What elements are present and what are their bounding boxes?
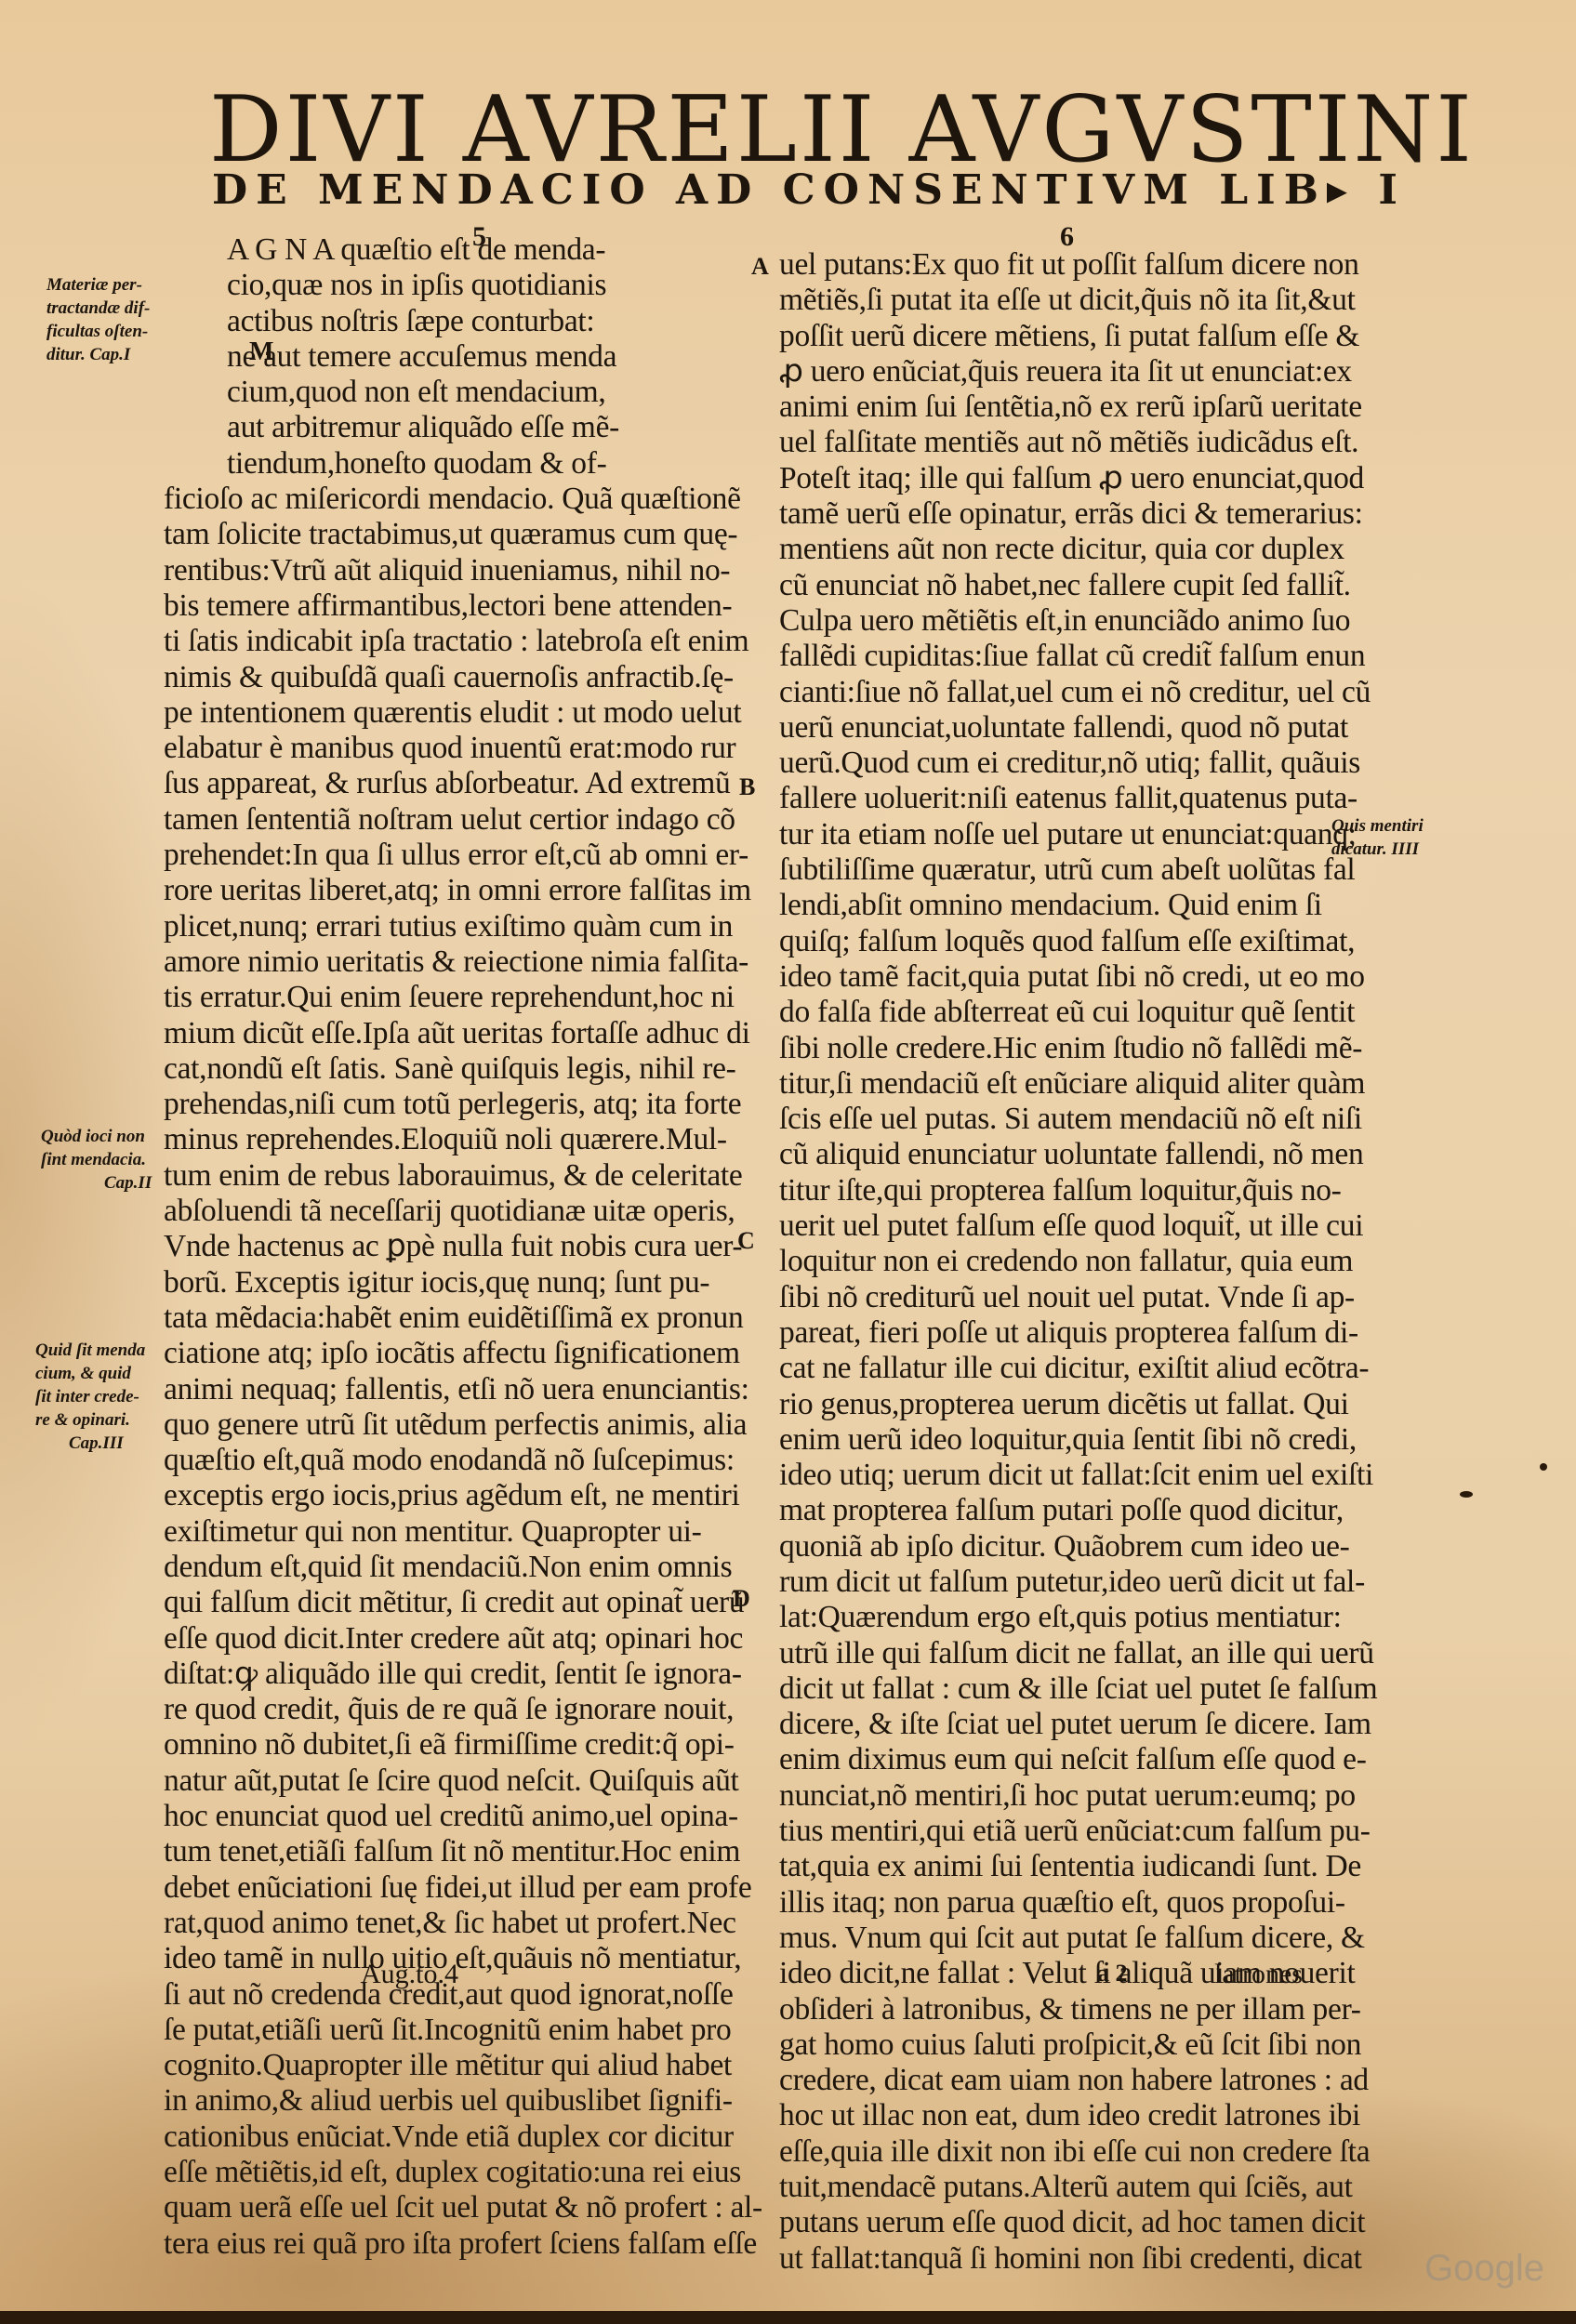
text-line: mus. Vnum qui ſcit aut putat ſe falſum d… — [779, 1921, 1318, 1956]
text-line: aut arbitremur aliquãdo eſſe mẽ- — [164, 410, 722, 445]
text-line: elabatur è manibus quod inuentũ erat:mod… — [164, 731, 722, 766]
text-line: tat,quia ex animi ſui ſententia iudicand… — [779, 1849, 1318, 1884]
text-line: rore ueritas liberet,atq; in omni errore… — [164, 873, 722, 908]
text-line: amore nimio ueritatis & reiectione nimia… — [164, 944, 722, 980]
text-line: tata mẽdacia:habẽt enim euidẽtiſſimã ex … — [164, 1301, 722, 1336]
text-line: debet enũciationi ſuę fidei,ut illud per… — [164, 1870, 722, 1906]
text-line: nimis & quibuſdã quaſi cauernoſis anfrac… — [164, 660, 722, 695]
text-line: nunciat,nõ mentiri,ſi hoc putat uerum:eu… — [779, 1778, 1318, 1814]
text-line: rum dicit ut falſum putetur,ideo uerũ di… — [779, 1565, 1318, 1600]
text-line: bis temere affirmantibus,lectori bene at… — [164, 588, 722, 624]
text-line: uel putans:Ex quo fit ut poſſit falſum d… — [779, 247, 1318, 283]
text-line: exiſtimetur qui non mentitur. Quapropter… — [164, 1514, 722, 1550]
text-line: plicet,nunq; errari tutius exiſtimo quàm… — [164, 909, 722, 944]
text-line: tum tenet,etiãſi falſum ſit nõ mentitur.… — [164, 1834, 722, 1869]
text-line: lendi,abſit omnino mendacium. Quid enim … — [779, 888, 1318, 923]
text-line: loquitur non ei credendo non fallatur, q… — [779, 1244, 1318, 1279]
text-line: tis erratur.Qui enim ſeuere reprehendunt… — [164, 980, 722, 1015]
marginal-note-line: ditur. Cap.I — [46, 343, 150, 366]
text-line: omnino nõ dubitet,ſi eã firmiſſime credi… — [164, 1727, 722, 1763]
marginal-note-cap-1: Materiæ per- tractandæ dif- ficultas oſt… — [46, 273, 150, 366]
page-edge — [0, 2311, 1576, 2324]
text-line: putans uerum eſſe quod dicit, ad hoc tam… — [779, 2205, 1318, 2240]
marginal-note-cap-3: Quid ſit menda cium, & quid ſit inter cr… — [35, 1339, 145, 1455]
text-line: ne aut temere accuſemus menda — [164, 339, 722, 375]
text-line: fallẽdi cupiditas:ſiue fallat cũ credit̃… — [779, 639, 1318, 674]
catchword: latrones — [1214, 1959, 1303, 1990]
text-line: mentiens aũt non recte dicitur, quia cor… — [779, 532, 1318, 567]
text-line: cio,quæ nos in ipſis quotidianis — [164, 268, 722, 303]
text-line: utrũ ille qui falſum dicit ne fallat, an… — [779, 1636, 1318, 1671]
text-line: ſubtiliſſime quæratur, utrũ cum abeſt uo… — [779, 852, 1318, 888]
text-line: ut fallat:tanquã ſi homini non ſibi cred… — [779, 2241, 1318, 2277]
text-line: pareat, fieri poſſe ut aliquis propterea… — [779, 1315, 1318, 1351]
marginal-note-line: ſint mendacia. — [41, 1148, 152, 1171]
text-line: ciatione atq; ipſo iocãtis affectu ſigni… — [164, 1336, 722, 1371]
text-line: quo genere utrũ ſit utẽdum perfectis ani… — [164, 1407, 722, 1443]
text-line: tum enim de rebus laborauimus, & de cele… — [164, 1158, 722, 1194]
left-text-column: A G N A quæſtio eſt de menda-cio,quæ nos… — [164, 232, 722, 2262]
text-line: mat propterea falſum putari poſſe quod d… — [779, 1493, 1318, 1528]
text-line: ſe putat,etiãſi uerũ ſit.Incognitũ enim … — [164, 2013, 722, 2048]
text-line: actibus noſtris ſæpe conturbat: — [164, 304, 722, 339]
text-line: dicere, & iſte ſciat uel putet uerum ſe … — [779, 1707, 1318, 1742]
text-line: Culpa uero mẽtiẽtis eſt,in enunciãdo ani… — [779, 603, 1318, 639]
text-line: mẽtiẽs,ſi putat ita eſſe ut dicit,q̃uis … — [779, 283, 1318, 318]
text-line: ideo tamẽ facit,quia putat ſibi nõ credi… — [779, 959, 1318, 995]
marginal-note-line: cium, & quid — [35, 1362, 145, 1385]
ink-spot — [1540, 1463, 1547, 1471]
marginal-note-line: tractandæ dif- — [46, 297, 150, 320]
text-line: fallere uoluerit:niſi eatenus fallit,qua… — [779, 781, 1318, 816]
section-letter-b: B — [739, 773, 755, 801]
text-line: Poteſt itaq; ille qui falſum ꝓ uero enun… — [779, 461, 1318, 496]
footer-reference: Aug.to.4 — [361, 1959, 458, 1990]
marginal-note-line: Quòd ioci non — [41, 1125, 152, 1148]
text-line: pe intentionem quærentis eludit : ut mod… — [164, 695, 722, 731]
text-line: hoc ut illac non eat, dum ideo credit la… — [779, 2098, 1318, 2133]
text-line: obſideri à latronibus, & timens ne per i… — [779, 1992, 1318, 2027]
running-subtitle: DE MENDACIO AD CONSENTIVM LIB▸ I — [212, 167, 1346, 214]
text-line: Vnde hactenus ac ꝑpè nulla fuit nobis cu… — [164, 1229, 722, 1264]
text-line: quoniã ab ipſo dicitur. Quãobrem cum ide… — [779, 1529, 1318, 1565]
text-line: quiſq; falſum loquẽs quod falſum eſſe ex… — [779, 924, 1318, 959]
text-line: prehendas,niſi cum totũ perlegeris, atq;… — [164, 1087, 722, 1122]
text-line: uerũ.Quod cum ei creditur,nõ utiq; falli… — [779, 746, 1318, 781]
text-line: uerũ enunciat,uoluntate fallendi, quod n… — [779, 710, 1318, 746]
text-line: eſſe,quia ille dixit non ibi eſſe cui no… — [779, 2134, 1318, 2170]
text-line: credere, dicat eam uiam non habere latro… — [779, 2063, 1318, 2098]
text-line: cationibus enũciat.Vnde etiã duplex cor … — [164, 2119, 722, 2155]
text-line: enim uerũ ideo loquitur,quia ſentit ſibi… — [779, 1422, 1318, 1458]
text-line: animi enim ſui ſentẽtia,nõ ex rerũ ipſar… — [779, 390, 1318, 425]
text-line: ſibi nolle credere.Hic enim ſtudio nõ fa… — [779, 1031, 1318, 1066]
text-line: dendum eſt,quid ſit mendaciũ.Non enim om… — [164, 1550, 722, 1585]
text-line: cat,nondũ eſt ſatis. Sanè quiſquis legis… — [164, 1051, 722, 1087]
text-line: ꝓ uero enũciat,q̃uis reuera ita ſit ut e… — [779, 354, 1318, 390]
text-line: rentibus:Vtrũ aũt aliquid inueniamus, ni… — [164, 553, 722, 588]
marginal-note-line: ſit inter crede- — [35, 1385, 145, 1408]
running-title: DIVI AVRELII AVGVSTINI — [209, 84, 1344, 177]
text-line: cũ enunciat nõ habet,nec fallere cupit ſ… — [779, 568, 1318, 603]
text-line: quam uerã eſſe uel ſcit uel putat & nõ p… — [164, 2190, 722, 2225]
text-line: borũ. Exceptis igitur iocis,quę nunq; ſu… — [164, 1265, 722, 1301]
text-line: tuit,mendacẽ putans.Alterũ autem qui ſci… — [779, 2170, 1318, 2205]
ink-spot — [1460, 1491, 1473, 1498]
text-line: cium,quod non eſt mendacium, — [164, 375, 722, 410]
text-line: rio genus,propterea uerum dicẽtis ut fal… — [779, 1387, 1318, 1422]
text-line: ſus appareat, & rurſus abſorbeatur. Ad e… — [164, 766, 722, 801]
google-watermark: Google — [1424, 2248, 1544, 2290]
text-line: tam ſolicite tractabimus,ut quæramus cum… — [164, 517, 722, 552]
text-line: gat homo cuius ſaluti proſpicit,& eũ ſci… — [779, 2027, 1318, 2063]
text-line: dicit ut fallat : cum & ille ſciat uel p… — [779, 1671, 1318, 1707]
book-page: DIVI AVRELII AVGVSTINI DE MENDACIO AD CO… — [0, 0, 1576, 2324]
text-line: cianti:ſiue nõ fallat,uel cum ei nõ cred… — [779, 675, 1318, 710]
text-line: ideo utiq; uerum dicit ut fallat:ſcit en… — [779, 1458, 1318, 1493]
text-line: ficioſo ac miſericordi mendacio. Quã quæ… — [164, 482, 722, 517]
text-line: natur aũt,putat ſe ſcire quod neſcit. Qu… — [164, 1763, 722, 1799]
section-letter-a: A — [751, 253, 769, 281]
text-line: do falſa fide abſterreat eũ cui loquitur… — [779, 995, 1318, 1030]
text-line: enim diximus eum qui neſcit falſum eſſe … — [779, 1742, 1318, 1777]
text-line: exceptis ergo iocis,prius agẽdum eſt, ne… — [164, 1478, 722, 1513]
text-line: eſſe quod dicit.Inter credere aũt atq; o… — [164, 1621, 722, 1657]
text-line: illis itaq; non parua quæſtio eſt, quos … — [779, 1885, 1318, 1921]
text-line: tamen ſententiã noſtram uelut certior in… — [164, 802, 722, 838]
marginal-note-line: Quid ſit menda — [35, 1339, 145, 1362]
marginal-note-line: ficultas oſten- — [46, 320, 150, 343]
text-line: prehendet:In qua ſi ullus error eſt,cũ a… — [164, 838, 722, 873]
text-line: rat,quod animo tenet,& ſic habet ut prof… — [164, 1906, 722, 1941]
text-line: cũ aliquid enunciatur uoluntate fallendi… — [779, 1137, 1318, 1172]
marginal-note-line: re & opinari. — [35, 1408, 145, 1432]
text-line: ſcis eſſe uel putas. Si autem mendaciũ n… — [779, 1102, 1318, 1137]
text-line: cognito.Quapropter ille mẽtitur qui aliu… — [164, 2048, 722, 2083]
marginal-note-cap-2: Quòd ioci non ſint mendacia. Cap.II — [41, 1125, 152, 1195]
text-line: uerit uel putet falſum eſſe quod loquit̃… — [779, 1208, 1318, 1244]
text-line: tur ita etiam noſſe uel putare ut enunci… — [779, 817, 1318, 852]
text-line: titur,ſi mendaciũ eſt enũciare aliquid a… — [779, 1066, 1318, 1102]
marginal-note-line: Cap.II — [41, 1171, 152, 1195]
text-line: qui falſum dicit mẽtitur, ſi credit aut … — [164, 1585, 722, 1620]
text-line: poſſit uerũ dicere mẽtiens, ſi putat fal… — [779, 319, 1318, 354]
marginal-note-line: Materiæ per- — [46, 273, 150, 297]
marginal-note-line: Cap.III — [35, 1432, 145, 1455]
text-line: ti ſatis indicabit ipſa tractatio : late… — [164, 624, 722, 659]
text-line: tiendum,honeſto quodam & of- — [164, 446, 722, 482]
text-line: lat:Quærendum ergo eſt,quis potius menti… — [779, 1600, 1318, 1635]
text-line: quæſtio eſt,quã modo enodandã nõ ſuſcepi… — [164, 1443, 722, 1478]
text-line: A G N A quæſtio eſt de menda- — [164, 232, 722, 268]
text-line: in animo,& aliud uerbis uel quibuslibet … — [164, 2083, 722, 2119]
text-line: tamẽ uerũ eſſe opinatur, errãs dici & te… — [779, 496, 1318, 532]
text-line: cat ne fallatur ille cui dicitur, exiſti… — [779, 1351, 1318, 1386]
text-line: titur iſte,qui propterea falſum loquitur… — [779, 1173, 1318, 1208]
text-line: tera eius rei quã pro iſta profert ſcien… — [164, 2226, 722, 2262]
text-line: animi nequaq; fallentis, etſi nõ uera en… — [164, 1372, 722, 1407]
text-line: diſtat:ꝙ aliquãdo ille qui credit, ſenti… — [164, 1657, 722, 1692]
text-line: abſoluendi tã neceſſarij quotidianæ uitæ… — [164, 1194, 722, 1229]
text-line: ſibi nõ crediturũ uel nouit uel putat. V… — [779, 1280, 1318, 1315]
text-line: tius mentiri,qui etiã uerũ enũciat:cum f… — [779, 1814, 1318, 1849]
text-line: mium dicũt eſſe.Ipſa aũt ueritas fortaſſ… — [164, 1016, 722, 1051]
text-line: hoc enunciat quod uel creditũ animo,uel … — [164, 1799, 722, 1834]
signature-mark: a 2 — [1097, 1960, 1128, 1987]
text-line: eſſe mẽtiẽtis,id eſt, duplex cogitatio:u… — [164, 2155, 722, 2190]
text-line: re quod credit, q̃uis de re quã ſe ignor… — [164, 1692, 722, 1727]
text-line: uel falſitate mentiẽs aut nõ mẽtiẽs iudi… — [779, 425, 1318, 460]
text-line: minus reprehendes.Eloquiũ noli quærere.M… — [164, 1122, 722, 1157]
